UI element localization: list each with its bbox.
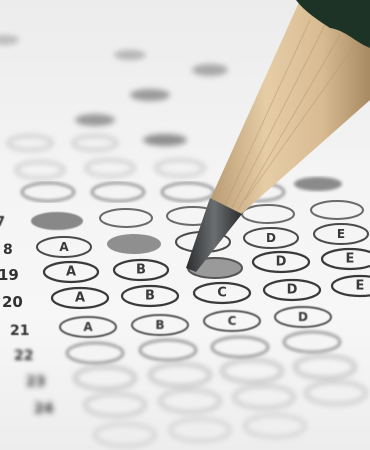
row-number-18: 8 bbox=[3, 242, 13, 258]
bubble-17-E[interactable] bbox=[311, 201, 363, 219]
answer-sheet-photo: 7 8 A D E 19 A B D bbox=[0, 0, 370, 450]
bubble-17-D[interactable] bbox=[242, 205, 294, 223]
bubble-letter: E bbox=[346, 252, 355, 267]
row-17: 7 bbox=[0, 201, 363, 230]
bubble-letter: A bbox=[75, 291, 85, 306]
bubble-letter: E bbox=[337, 227, 345, 241]
bubble-letter: B bbox=[145, 289, 155, 304]
bubble-letter: A bbox=[66, 265, 76, 280]
row-number-23: 23 bbox=[26, 374, 45, 390]
row-21: 21 A B C D bbox=[10, 307, 331, 339]
row-number-24: 24 bbox=[34, 401, 54, 417]
filled-bubble-far bbox=[294, 177, 342, 191]
bubble-letter: A bbox=[83, 320, 93, 334]
row-number-21: 21 bbox=[10, 323, 29, 339]
answer-sheet-illustration: 7 8 A D E 19 A B D bbox=[0, 0, 370, 450]
row-22: 22 bbox=[14, 332, 340, 364]
row-number-22: 22 bbox=[14, 348, 33, 364]
row-number-20: 20 bbox=[2, 293, 23, 311]
bubble-letter: D bbox=[298, 310, 308, 324]
bubble-letter: A bbox=[59, 240, 69, 254]
bubble-letter: D bbox=[266, 231, 276, 245]
bubble-letter: B bbox=[155, 318, 164, 332]
row-number-17: 7 bbox=[0, 215, 5, 230]
bubble-17-B[interactable] bbox=[100, 209, 152, 227]
bubble-letter: C bbox=[228, 314, 237, 328]
bubble-letter: B bbox=[136, 263, 146, 278]
row-19: 19 A B D E bbox=[0, 249, 370, 284]
bubble-letter: D bbox=[287, 283, 298, 298]
bubble-17-A-filled[interactable] bbox=[31, 212, 83, 230]
row-number-19: 19 bbox=[0, 266, 19, 284]
bubble-letter: E bbox=[356, 279, 365, 294]
bubble-letter: C bbox=[217, 286, 227, 301]
row-24: 24 bbox=[34, 382, 366, 446]
far-rows-blurred bbox=[0, 35, 228, 178]
bubble-letter: D bbox=[276, 255, 287, 270]
bubble-18-B-filled[interactable] bbox=[107, 234, 161, 254]
